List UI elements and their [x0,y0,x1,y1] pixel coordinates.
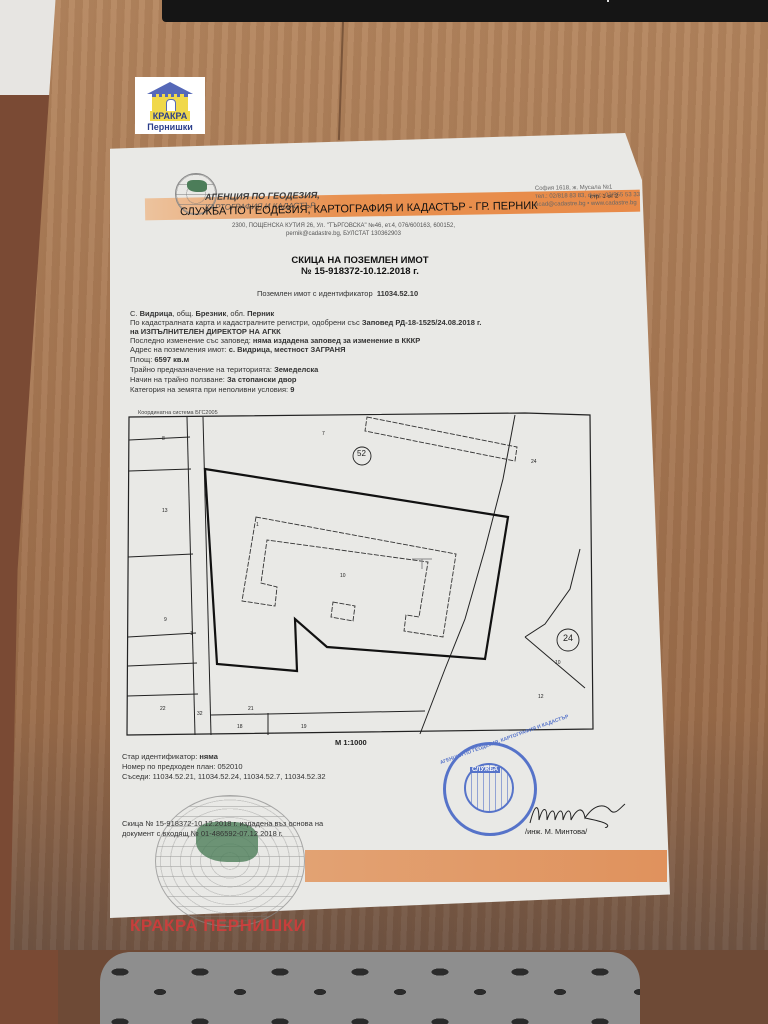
usage-line: Начин на трайно ползване: За стопански д… [130,375,297,384]
parcel-8-label: 8 [162,436,165,442]
document-title: СКИЦА НА ПОЗЕМЛЕН ИМОТ [120,255,600,266]
parcel-9-label: 9 [164,617,167,623]
parcel-12-label: 12 [538,694,544,700]
monitor-edge [162,0,768,22]
parcel-13-label: 13 [162,508,168,514]
footer-stripe [305,850,667,882]
location-line: С. Видрица, общ. Брезник, обл. Перник [130,309,274,318]
bulgaria-map-icon [187,180,207,192]
bulgaria-map-watermark-icon [196,822,258,862]
page-indicator: стр. 1 от 2 [590,194,618,200]
parcel-18-label: 18 [237,724,243,730]
building-1-label: 1 [256,522,259,528]
block-52-label: 52 [357,449,366,458]
house-roof-icon [147,82,193,94]
issued-line-1: Скица № 15-918372-10.12.2018 г. издадена… [122,819,323,828]
parcel-22-label: 22 [160,706,166,712]
parcel-10b-label: 10 [555,660,561,666]
stamp-center-text: СЛУЖБА [470,767,500,773]
office-address: 2300, ПОЩЕНСКА КУТИЯ 26, Ул. "ТЪРГОВСКА"… [232,222,455,238]
parcel-24-label: 24 [531,459,537,465]
last-change-line: Последно изменение със заповед: няма изд… [130,336,420,345]
logo-text-bottom: Пернишки [135,122,205,132]
parcel-21-label: 21 [248,706,254,712]
old-identifier-line: Стар идентификатор: няма [122,752,218,761]
parcel-10-label: 10 [340,573,346,579]
parcel-19-label: 19 [301,724,307,730]
purpose-line: Трайно предназначение на територията: Зе… [130,365,318,374]
neighbours-line: Съседи: 11034.52.21, 11034.52.24, 11034.… [122,772,326,781]
approval-line: По кадастралната карта и кадастралните р… [130,318,481,327]
parcel-1-label: 1 [190,631,193,637]
signer-name: /инж. М. Минтова/ [525,827,587,836]
cadastral-map [125,409,595,737]
property-identifier: 11034.52.10 [377,289,418,298]
fabric-chair [100,952,640,1024]
approval-by: на ИЗПЪЛНИТЕЛЕН ДИРЕКТОР НА АГКК [130,327,281,336]
identifier-line: Поземлен имот с идентификатор 11034.52.1… [257,289,418,298]
issued-line-2: документ с входящ № 01-486592-07.12.2018… [122,829,283,838]
category-line: Категория на земята при неполивни услови… [130,385,294,394]
agency-logo: КРАКРА Пернишки [135,77,205,134]
logo-text-top: КРАКРА [150,111,190,121]
parcel-7-label: 7 [322,431,325,437]
document-number: № 15-918372-10.12.2018 г. [120,266,600,277]
signature [525,798,635,828]
watermark-text: КРАКРА ПЕРНИШКИ [130,916,306,936]
background-wall [0,0,58,95]
area-line: Площ: 6597 кв.м [130,355,189,364]
map-scale: М 1:1000 [335,738,367,747]
address-line: Адрес на поземления имот: с. Видрица, ме… [130,345,345,354]
block-24-label: 24 [563,633,573,643]
parcel-32-label: 32 [197,711,203,717]
previous-plan-line: Номер по предходен план: 052010 [122,762,243,771]
agency-name: АГЕНЦИЯ ПО ГЕОДЕЗИЯ, [205,190,320,202]
official-stamp: АГЕНЦИЯ ПО ГЕОДЕЗИЯ, КАРТОГРАФИЯ И КАДАС… [443,742,537,836]
agency-contact: София 1618, ж. Мусала №1 тел.: 02/818 83… [535,183,640,209]
